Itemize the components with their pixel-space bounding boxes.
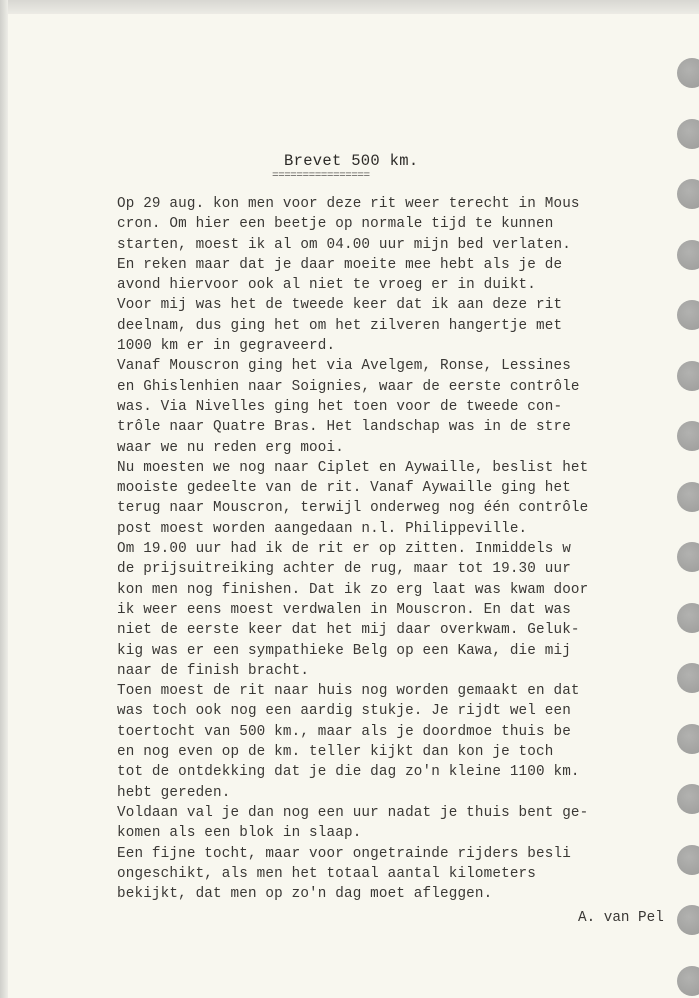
text-line: hebt gereden.: [117, 783, 699, 803]
text-line: Voldaan val je dan nog een uur nadat je …: [117, 803, 699, 823]
text-line: ongeschikt, als men het totaal aantal ki…: [117, 864, 699, 884]
text-line: Nu moesten we nog naar Ciplet en Aywaill…: [117, 458, 699, 478]
text-line: Toen moest de rit naar huis nog worden g…: [117, 681, 699, 701]
text-line: waar we nu reden erg mooi.: [117, 438, 699, 458]
text-line: en nog even op de km. teller kijkt dan k…: [117, 742, 699, 762]
text-line: trôle naar Quatre Bras. Het landschap wa…: [117, 417, 699, 437]
text-line: Vanaf Mouscron ging het via Avelgem, Ron…: [117, 356, 699, 376]
text-line: 1000 km er in gegraveerd.: [117, 336, 699, 356]
title-double-underline: ================: [272, 170, 370, 182]
binder-hole: [677, 966, 699, 996]
text-line: mooiste gedeelte van de rit. Vanaf Aywai…: [117, 478, 699, 498]
text-line: Om 19.00 uur had ik de rit er op zitten.…: [117, 539, 699, 559]
page-left-edge: [0, 0, 8, 998]
text-line: niet de eerste keer dat het mij daar ove…: [117, 620, 699, 640]
text-line: cron. Om hier een beetje op normale tijd…: [117, 214, 699, 234]
text-line: bekijkt, dat men op zo'n dag moet aflegg…: [117, 884, 699, 904]
text-line: deelnam, dus ging het om het zilveren ha…: [117, 316, 699, 336]
text-line: was. Via Nivelles ging het toen voor de …: [117, 397, 699, 417]
text-line: was toch ook nog een aardig stukje. Je r…: [117, 701, 699, 721]
text-line: komen als een blok in slaap.: [117, 823, 699, 843]
text-line: de prijsuitreiking achter de rug, maar t…: [117, 559, 699, 579]
text-line: ik weer eens moest verdwalen in Mouscron…: [117, 600, 699, 620]
text-line: toertocht van 500 km., maar als je doord…: [117, 722, 699, 742]
text-line: avond hiervoor ook al niet te vroeg er i…: [117, 275, 699, 295]
text-line: Op 29 aug. kon men voor deze rit weer te…: [117, 194, 699, 214]
binder-hole: [677, 58, 699, 88]
text-line: en Ghislenhien naar Soignies, waar de ee…: [117, 377, 699, 397]
text-line: kig was er een sympathieke Belg op een K…: [117, 641, 699, 661]
text-line: En reken maar dat je daar moeite mee heb…: [117, 255, 699, 275]
text-line: starten, moest ik al om 04.00 uur mijn b…: [117, 235, 699, 255]
binder-hole: [677, 119, 699, 149]
text-line: naar de finish bracht.: [117, 661, 699, 681]
text-line: Een fijne tocht, maar voor ongetrainde r…: [117, 844, 699, 864]
text-line: terug naar Mouscron, terwijl onderweg no…: [117, 498, 699, 518]
document-body: Op 29 aug. kon men voor deze rit weer te…: [117, 194, 699, 904]
binder-hole: [677, 905, 699, 935]
text-line: Voor mij was het de tweede keer dat ik a…: [117, 295, 699, 315]
text-line: tot de ontdekking dat je die dag zo'n kl…: [117, 762, 699, 782]
document-title: Brevet 500 km.: [284, 152, 418, 170]
text-line: kon men nog finishen. Dat ik zo erg laat…: [117, 580, 699, 600]
page-top-edge: [0, 0, 699, 14]
author-signature: A. van Pel: [578, 910, 664, 926]
text-line: post moest worden aangedaan n.l. Philipp…: [117, 519, 699, 539]
